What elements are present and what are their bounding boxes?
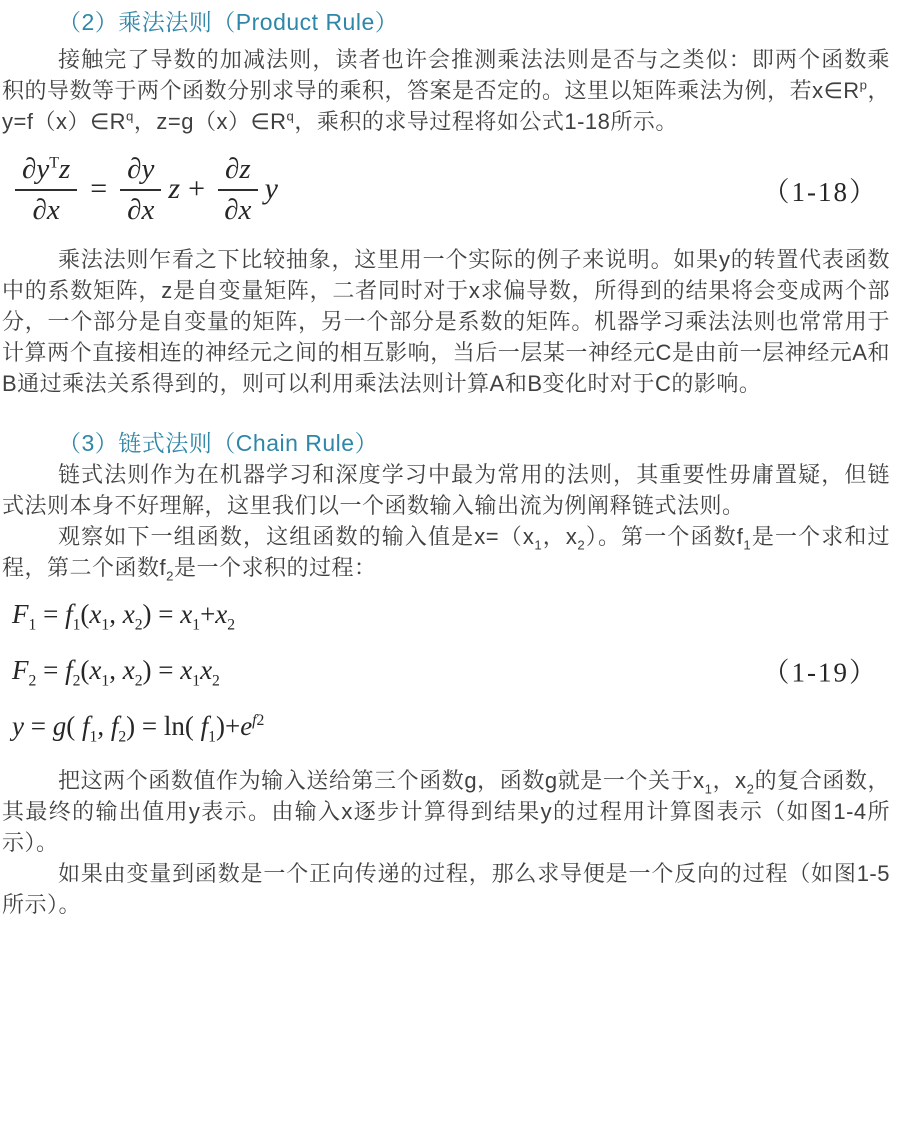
paragraph-composite-function: 把这两个函数值作为输入送给第三个函数g，函数g就是一个关于x1，x2的复合函数，… [2,765,890,858]
equation-group-1-19: F1 = f1(x1, x2) = x1+x2 F2 = f2(x1, x2) … [2,597,890,743]
equation-f2: F2 = f2(x1, x2) = x1x2 [12,653,890,687]
variable-y: y [265,172,278,206]
equation-y-g: y = g( f1, f2) = ln( f1)+ef2 [12,709,890,743]
equation-label-1-18: （1-18） [763,170,879,209]
fraction-dytz-dx: ∂yTz ∂x [15,151,77,228]
equation-f1: F1 = f1(x1, x2) = x1+x2 [12,597,890,631]
paragraph-function-group: 观察如下一组函数，这组函数的输入值是x=（x1，x2）。第一个函数f1是一个求和… [2,521,890,583]
section-heading-chain-rule: （3）链式法则（Chain Rule） [58,427,890,459]
section-heading-product-rule: （2）乘法法则（Product Rule） [58,6,890,38]
paragraph-forward-backward: 如果由变量到函数是一个正向传递的过程，那么求导便是一个反向的过程（如图1-5所示… [2,858,890,920]
equals-sign: = [90,172,107,206]
fraction-dy-dx: ∂y ∂x [120,151,161,228]
book-page: （2）乘法法则（Product Rule） 接触完了导数的加减法则，读者也许会推… [0,0,902,1125]
paragraph-product-rule-example: 乘法法则乍看之下比较抽象，这里用一个实际的例子来说明。如果y的转置代表函数中的系… [2,244,890,399]
paragraph-chain-rule-intro: 链式法则作为在机器学习和深度学习中最为常用的法则，其重要性毋庸置疑，但链式法则本… [2,459,890,521]
variable-z: z [168,172,180,206]
fraction-dz-dx: ∂z ∂x [218,151,258,228]
paragraph-product-rule-intro: 接触完了导数的加减法则，读者也许会推测乘法法则是否与之类似：即两个函数乘积的导数… [2,44,890,137]
equation-1-18: ∂yTz ∂x = ∂y ∂x z + ∂z ∂x y （1-18） [2,151,890,228]
equation-1-18-expression: ∂yTz ∂x = ∂y ∂x z + ∂z ∂x y [10,151,278,228]
plus-sign: + [188,172,205,206]
equation-label-1-19: （1-19） [763,650,879,689]
